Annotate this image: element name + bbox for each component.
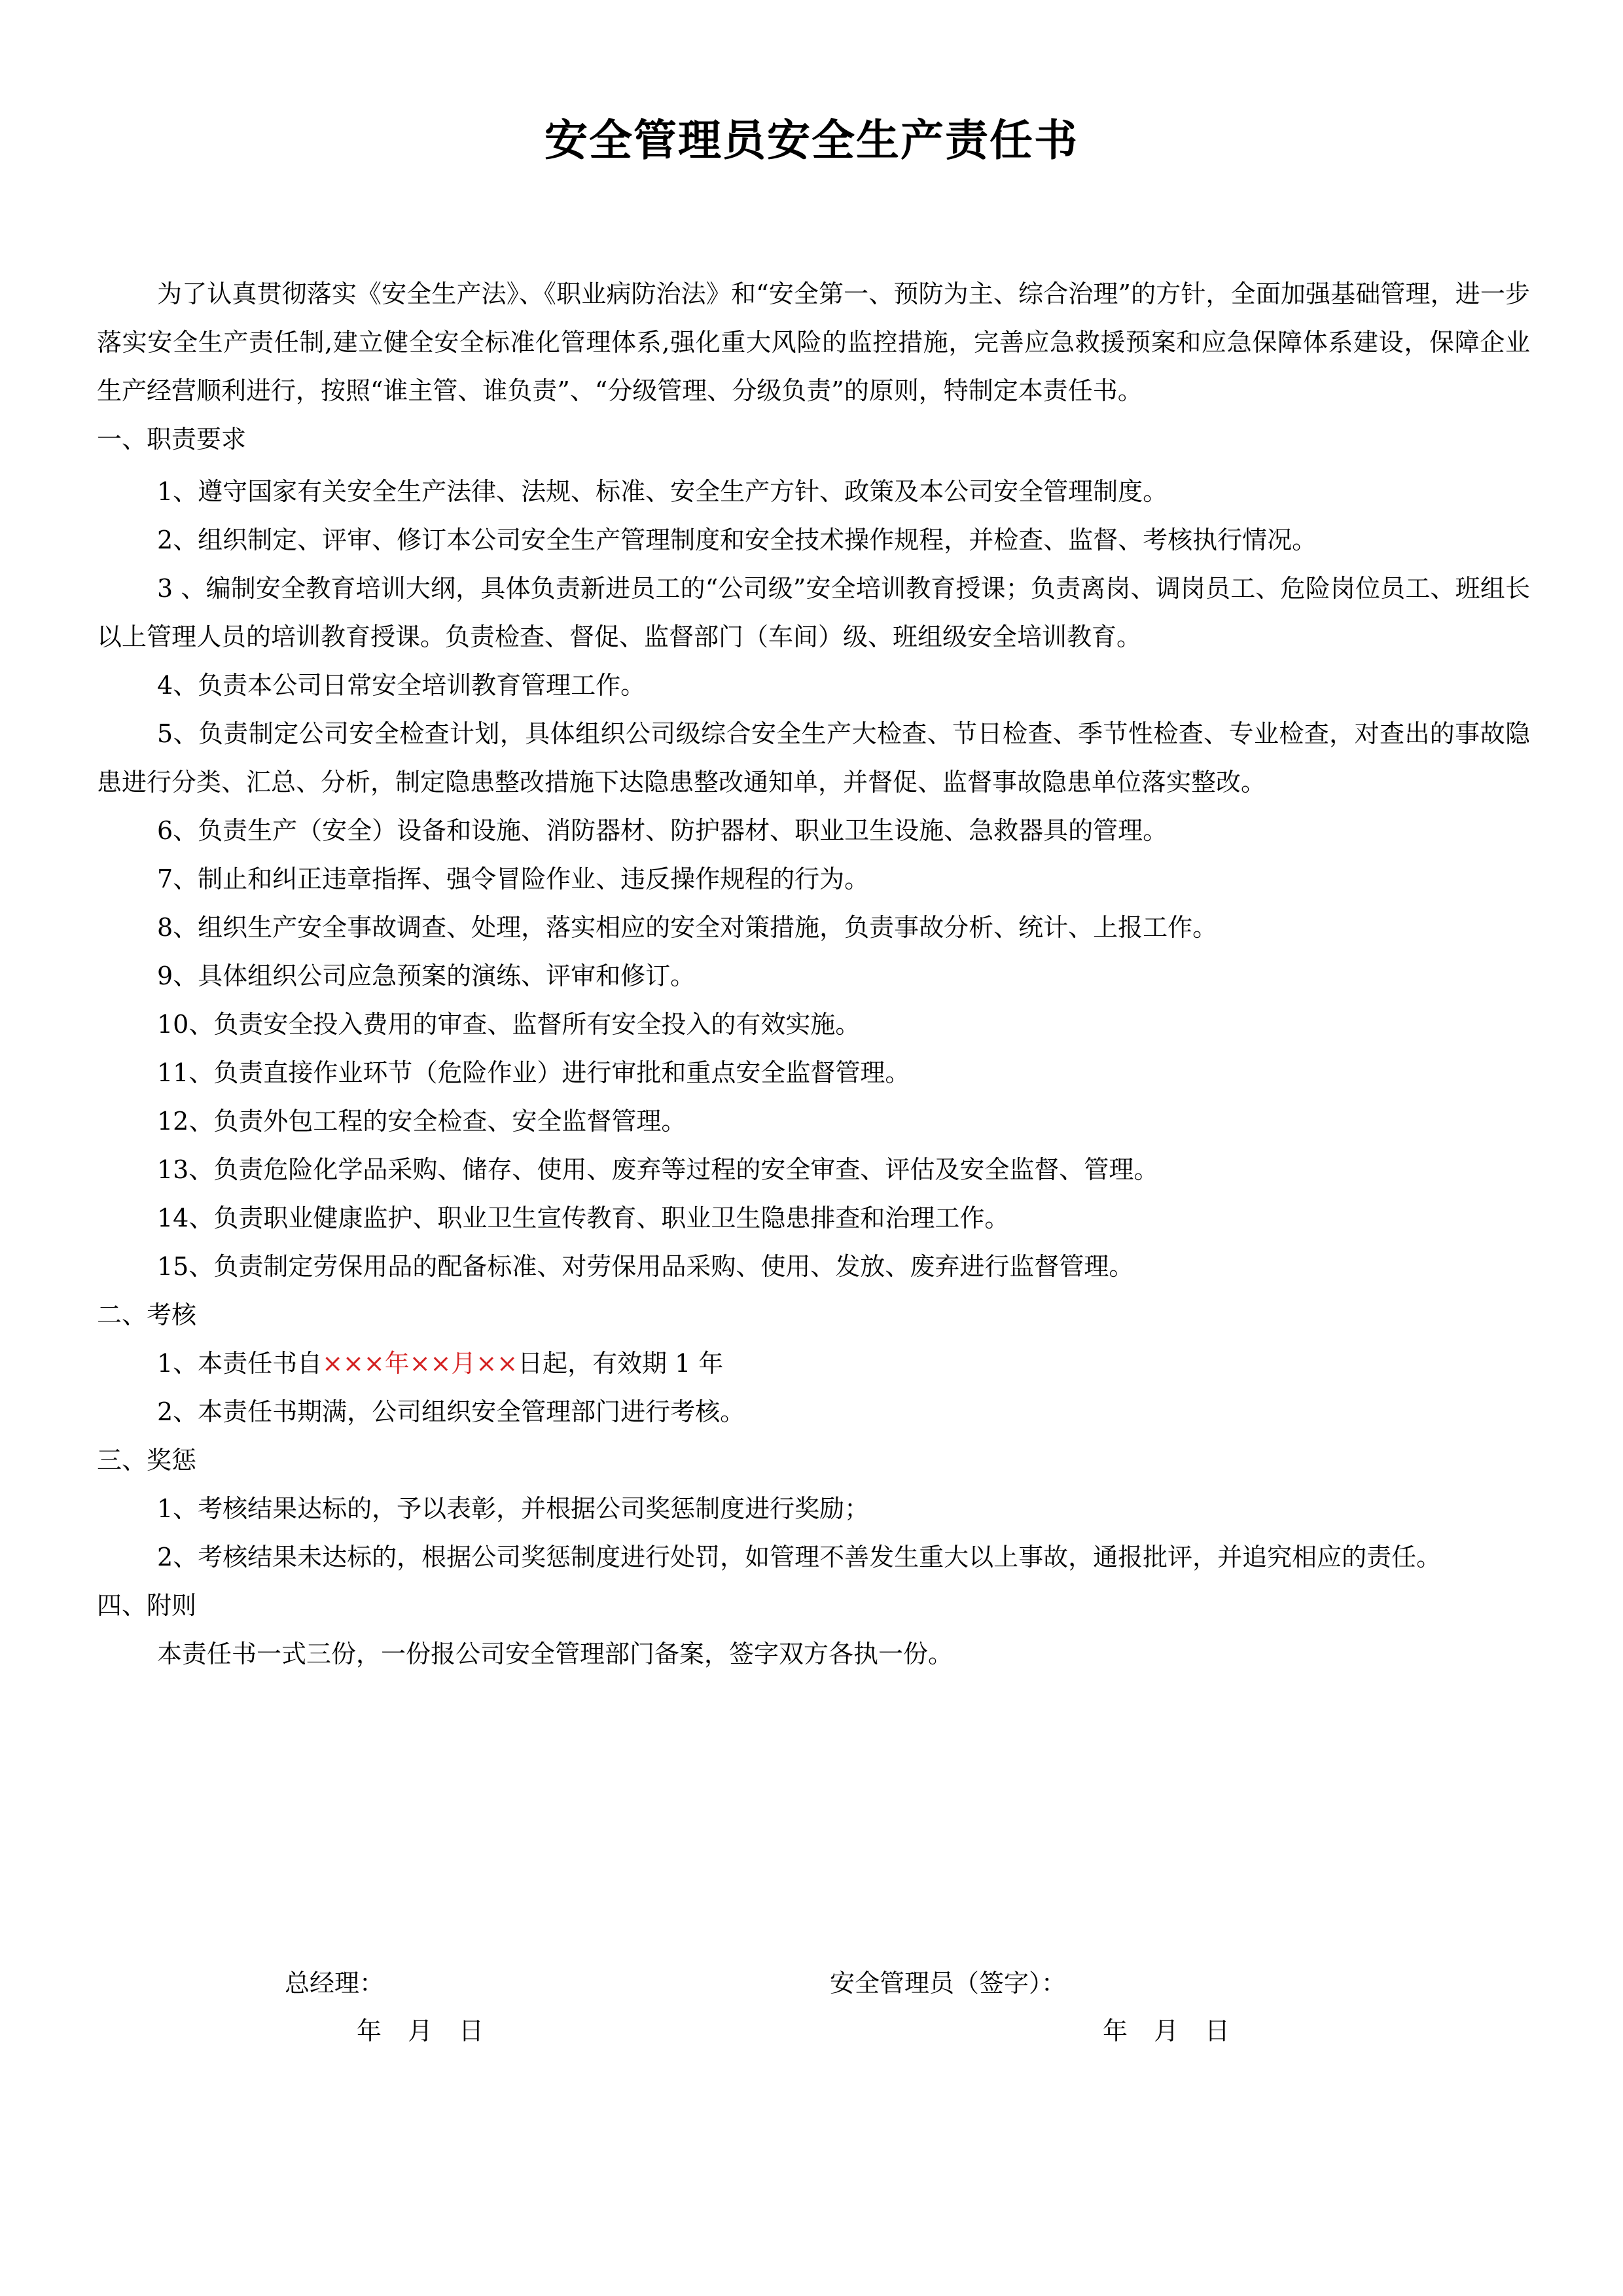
document-page: 安全管理员安全生产责任书 为了认真贯彻落实《安全生产法》、《职业病防治法》和“安… xyxy=(0,0,1623,2296)
list-item: 15、负责制定劳保用品的配备标准、对劳保用品采购、使用、发放、废弃进行监督管理。 xyxy=(97,1242,1530,1291)
section-heading-rewards-penalties: 三、奖惩 xyxy=(97,1436,1530,1484)
list-item: 2、本责任书期满，公司组织安全管理部门进行考核。 xyxy=(97,1388,1530,1436)
validity-prefix: 1、本责任书自 xyxy=(157,1349,322,1378)
list-item: 2、组织制定、评审、修订本公司安全生产管理制度和安全技术操作规程，并检查、监督、… xyxy=(97,516,1530,564)
list-item: 1、考核结果达标的，予以表彰，并根据公司奖惩制度进行奖励； xyxy=(97,1484,1530,1533)
document-title: 安全管理员安全生产责任书 xyxy=(0,111,1623,170)
date-month: 月 xyxy=(408,2011,433,2051)
section-heading-appendix: 四、附则 xyxy=(97,1581,1530,1630)
list-item: 12、负责外包工程的安全检查、安全监督管理。 xyxy=(97,1097,1530,1145)
list-item: 11、负责直接作业环节（危险作业）进行审批和重点安全监督管理。 xyxy=(97,1049,1530,1097)
list-item-validity: 1、本责任书自×××年××月××日起，有效期 1 年 xyxy=(97,1339,1530,1388)
intro-paragraph: 为了认真贯彻落实《安全生产法》、《职业病防治法》和“安全第一、预防为主、综合治理… xyxy=(97,270,1530,415)
list-item: 7、制止和纠正违章指挥、强令冒险作业、违反操作规程的行为。 xyxy=(97,855,1530,903)
list-item: 3 、编制安全教育培训大纲，具体负责新进员工的“公司级”安全培训教育授课；负责离… xyxy=(97,564,1530,661)
date-year: 年 xyxy=(1103,2011,1128,2051)
list-item: 13、负责危险化学品采购、储存、使用、废弃等过程的安全审查、评估及安全监督、管理… xyxy=(97,1145,1530,1194)
list-item: 8、组织生产安全事故调查、处理，落实相应的安全对策措施，负责事故分析、统计、上报… xyxy=(97,903,1530,952)
validity-suffix: 日起，有效期 1 年 xyxy=(518,1349,723,1378)
date-month: 月 xyxy=(1154,2011,1179,2051)
safety-officer-signature-label: 安全管理员（签字）： xyxy=(830,1964,1066,2003)
safety-officer-date: 年月日 xyxy=(1103,2011,1256,2051)
list-item: 10、负责安全投入费用的审查、监督所有安全投入的有效实施。 xyxy=(97,1000,1530,1049)
document-body: 为了认真贯彻落实《安全生产法》、《职业病防治法》和“安全第一、预防为主、综合治理… xyxy=(97,270,1530,1678)
general-manager-signature-label: 总经理： xyxy=(285,1964,384,2003)
date-year: 年 xyxy=(357,2011,382,2051)
date-day: 日 xyxy=(459,2011,484,2051)
list-item: 4、负责本公司日常安全培训教育管理工作。 xyxy=(97,661,1530,709)
section-heading-assessment: 二、考核 xyxy=(97,1291,1530,1339)
list-item: 14、负责职业健康监护、职业卫生宣传教育、职业卫生隐患排查和治理工作。 xyxy=(97,1194,1530,1242)
list-item: 6、负责生产（安全）设备和设施、消防器材、防护器材、职业卫生设施、急救器具的管理… xyxy=(97,806,1530,855)
list-item: 5、负责制定公司安全检查计划，具体组织公司级综合安全生产大检查、节日检查、季节性… xyxy=(97,709,1530,806)
date-placeholder: ×××年××月×× xyxy=(322,1349,518,1378)
general-manager-date: 年月日 xyxy=(357,2011,510,2051)
list-item: 2、考核结果未达标的，根据公司奖惩制度进行处罚，如管理不善发生重大以上事故，通报… xyxy=(97,1533,1530,1581)
list-item: 1、遵守国家有关安全生产法律、法规、标准、安全生产方针、政策及本公司安全管理制度… xyxy=(97,467,1530,516)
appendix-text: 本责任书一式三份，一份报公司安全管理部门备案，签字双方各执一份。 xyxy=(97,1630,1530,1678)
list-item: 9、具体组织公司应急预案的演练、评审和修订。 xyxy=(97,952,1530,1000)
section-heading-responsibilities: 一、职责要求 xyxy=(97,415,1530,463)
date-day: 日 xyxy=(1205,2011,1230,2051)
